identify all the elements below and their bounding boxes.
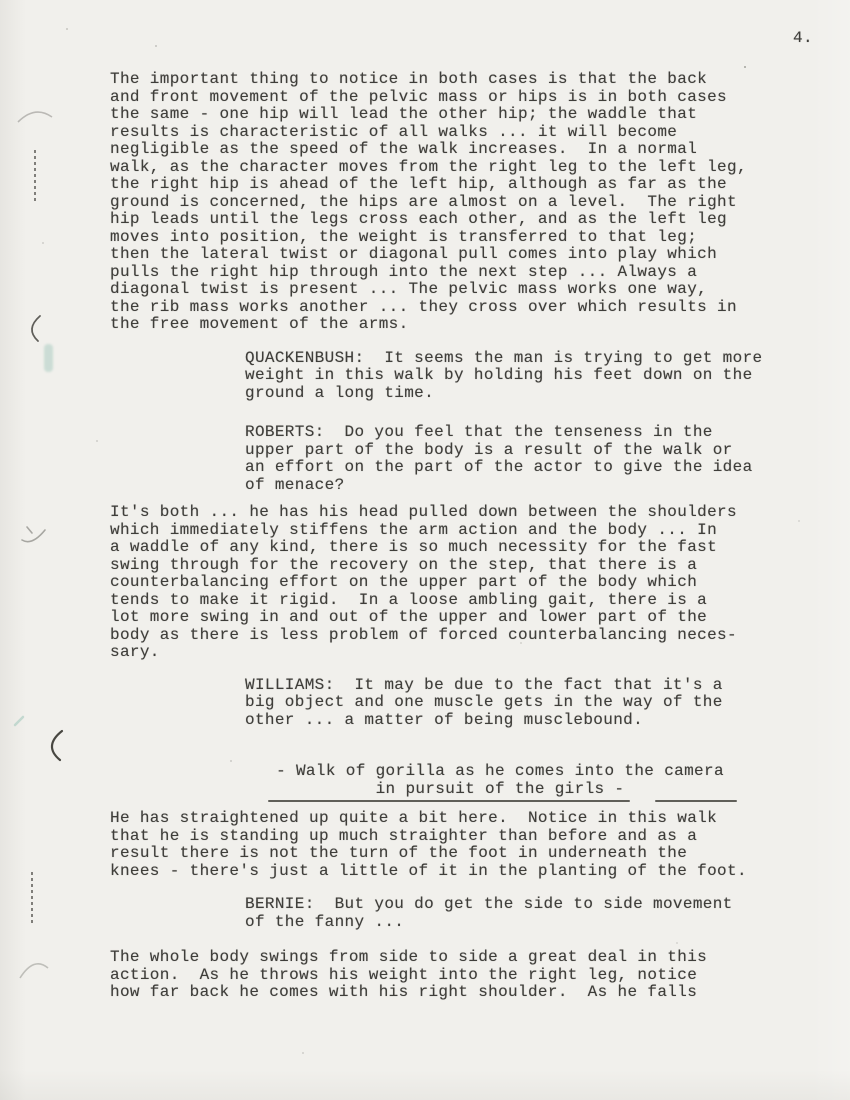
heading-underline-right bbox=[655, 800, 737, 802]
quote-williams: WILLIAMS: It may be due to the fact that… bbox=[245, 677, 790, 730]
pencil-check-mark bbox=[22, 527, 45, 542]
page-number: 4. bbox=[793, 30, 813, 48]
pencil-parenthesis-lower-mark bbox=[52, 731, 62, 760]
quote-bernie: BERNIE: But you do get the side to side … bbox=[245, 896, 790, 931]
teal-fleck-mark bbox=[15, 717, 23, 725]
paragraph-intro-walk-analysis: The important thing to notice in both ca… bbox=[110, 71, 790, 334]
pencil-arc-bottom-mark bbox=[20, 964, 48, 978]
pencil-arc-top-mark bbox=[18, 112, 52, 122]
heading-underline-left bbox=[268, 800, 630, 802]
teal-smudge-mark bbox=[44, 344, 53, 372]
paper-specks bbox=[0, 0, 2, 2]
pencil-parenthesis-upper-mark bbox=[32, 316, 40, 341]
page-content: The important thing to notice in both ca… bbox=[110, 71, 790, 1002]
paragraph-gorilla-straightened: He has straightened up quite a bit here.… bbox=[110, 810, 790, 880]
quote-quackenbush: QUACKENBUSH: It seems the man is trying … bbox=[245, 350, 790, 403]
quote-roberts: ROBERTS: Do you feel that the tenseness … bbox=[245, 424, 790, 494]
section-heading-text: - Walk of gorilla as he comes into the c… bbox=[263, 763, 737, 798]
section-heading-gorilla-walk: - Walk of gorilla as he comes into the c… bbox=[263, 763, 737, 798]
paragraph-body-swings: The whole body swings from side to side … bbox=[110, 949, 790, 1002]
paragraph-answer-counterbalance: It's both ... he has his head pulled dow… bbox=[110, 504, 790, 662]
scanned-document-page: 4. The important thing to notice in both… bbox=[0, 0, 850, 1100]
